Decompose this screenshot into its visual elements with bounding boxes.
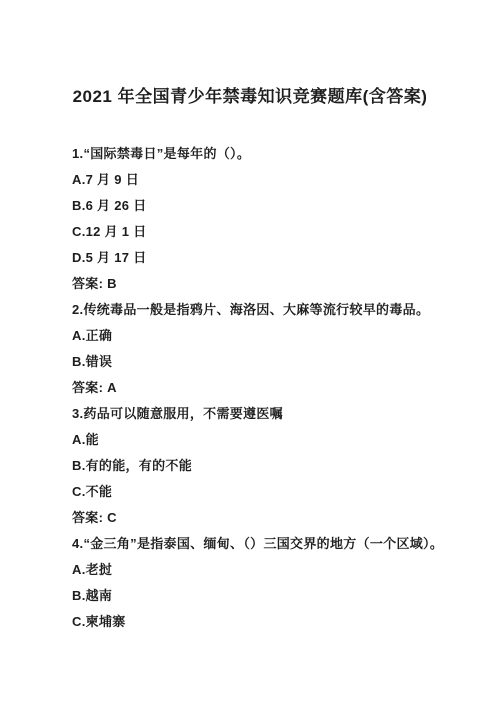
document-title: 2021 年全国青少年禁毒知识竞赛题库(含答案) bbox=[0, 0, 500, 107]
question-4-text: 4.“金三角”是指泰国、缅甸、（）三国交界的地方（一个区域）。 bbox=[72, 531, 460, 557]
question-1-option-d: D.5 月 17 日 bbox=[72, 245, 460, 271]
question-4-option-c: C.柬埔寨 bbox=[72, 609, 460, 635]
question-1-answer: 答案: B bbox=[72, 271, 460, 297]
question-1-option-b: B.6 月 26 日 bbox=[72, 193, 460, 219]
question-4-option-a: A.老挝 bbox=[72, 557, 460, 583]
question-2-option-a: A.正确 bbox=[72, 323, 460, 349]
question-1-option-c: C.12 月 1 日 bbox=[72, 219, 460, 245]
question-3-text: 3.药品可以随意服用，不需要遵医嘱 bbox=[72, 401, 460, 427]
question-3-option-a: A.能 bbox=[72, 427, 460, 453]
question-2-text: 2.传统毒品一般是指鸦片、海洛因、大麻等流行较早的毒品。 bbox=[72, 297, 460, 323]
question-3-option-c: C.不能 bbox=[72, 479, 460, 505]
question-1-text: 1.“国际禁毒日”是每年的（）。 bbox=[72, 141, 460, 167]
question-3-answer: 答案: C bbox=[72, 505, 460, 531]
question-2-option-b: B.错误 bbox=[72, 349, 460, 375]
question-list: 1.“国际禁毒日”是每年的（）。 A.7 月 9 日 B.6 月 26 日 C.… bbox=[0, 141, 500, 635]
question-3-option-b: B.有的能，有的不能 bbox=[72, 453, 460, 479]
question-1-option-a: A.7 月 9 日 bbox=[72, 167, 460, 193]
question-2-answer: 答案: A bbox=[72, 375, 460, 401]
document-page: 2021 年全国青少年禁毒知识竞赛题库(含答案) 1.“国际禁毒日”是每年的（）… bbox=[0, 0, 500, 707]
question-4-option-b: B.越南 bbox=[72, 583, 460, 609]
